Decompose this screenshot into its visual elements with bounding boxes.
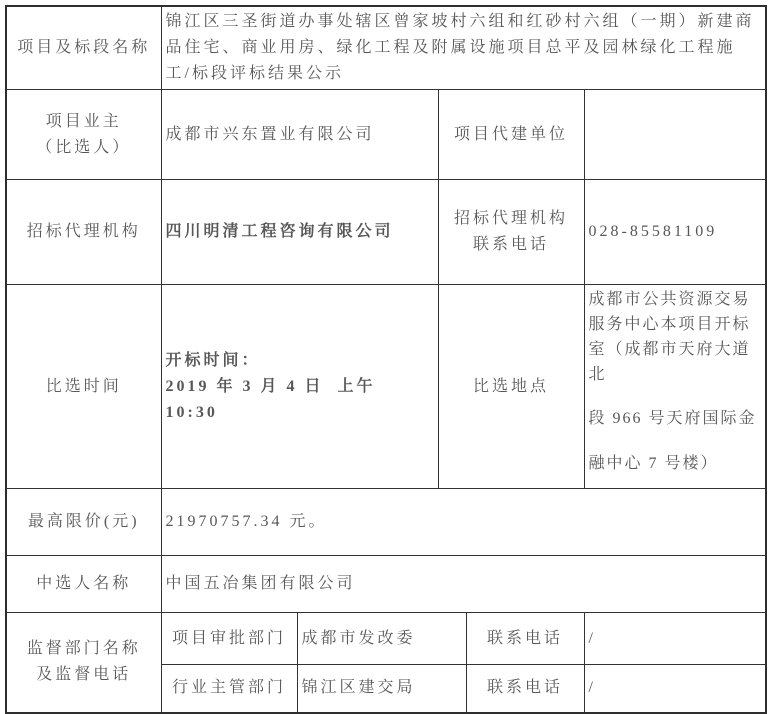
- owner-label: 项目业主 （比选人）: [6, 90, 161, 180]
- announcement-page: 项目及标段名称 锦江区三圣街道办事处辖区曾家坡村六组和红砂村六组（一期）新建商品…: [0, 0, 769, 696]
- approval-dept-value: 成都市发改委: [297, 613, 466, 665]
- agency-label: 招标代理机构: [6, 180, 161, 285]
- industry-phone-value: /: [584, 665, 766, 713]
- owner-value: 成都市兴东置业有限公司: [161, 90, 438, 180]
- bid-time-label: 比选时间: [6, 285, 161, 489]
- bid-location-line-2: 段 966 号天府国际金融中心 7 号楼）: [589, 396, 762, 486]
- bid-location-line-1: 成都市公共资源交易服务中心本项目开标室（成都市天府大道北: [589, 287, 762, 387]
- row-project-name: 项目及标段名称 锦江区三圣街道办事处辖区曾家坡村六组和红砂村六组（一期）新建商品…: [6, 6, 766, 90]
- max-price-label: 最高限价(元): [6, 489, 161, 556]
- agency-phone-value: 028-85581109: [584, 180, 766, 285]
- bid-result-table: 项目及标段名称 锦江区三圣街道办事处辖区曾家坡村六组和红砂村六组（一期）新建商品…: [5, 5, 767, 714]
- winner-value: 中国五冶集团有限公司: [161, 556, 766, 613]
- winner-label: 中选人名称: [6, 556, 161, 613]
- approval-phone-value: /: [584, 613, 766, 665]
- agent-build-unit-label: 项目代建单位: [438, 90, 584, 180]
- project-name-value: 锦江区三圣街道办事处辖区曾家坡村六组和红砂村六组（一期）新建商品住宅、商业用房、…: [161, 6, 766, 90]
- row-supervision-approval: 监督部门名称 及监督电话 项目审批部门 成都市发改委 联系电话 /: [6, 613, 766, 665]
- approval-dept-label: 项目审批部门: [161, 613, 297, 665]
- row-owner: 项目业主 （比选人） 成都市兴东置业有限公司 项目代建单位: [6, 90, 766, 180]
- agent-build-unit-value: [584, 90, 766, 180]
- industry-dept-label: 行业主管部门: [161, 665, 297, 713]
- approval-phone-label: 联系电话: [466, 613, 584, 665]
- supervision-label: 监督部门名称 及监督电话: [6, 613, 161, 713]
- row-bid-time: 比选时间 开标时间： 2019 年 3 月 4 日 上午 10:30 比选地点 …: [6, 285, 766, 489]
- bid-time-value: 开标时间： 2019 年 3 月 4 日 上午 10:30: [161, 285, 438, 489]
- industry-phone-label: 联系电话: [466, 665, 584, 713]
- project-name-label: 项目及标段名称: [6, 6, 161, 90]
- row-agency: 招标代理机构 四川明清工程咨询有限公司 招标代理机构 联系电话 028-8558…: [6, 180, 766, 285]
- agency-phone-label: 招标代理机构 联系电话: [438, 180, 584, 285]
- industry-dept-value: 锦江区建交局: [297, 665, 466, 713]
- bid-location-value: 成都市公共资源交易服务中心本项目开标室（成都市天府大道北 段 966 号天府国际…: [584, 285, 766, 489]
- bid-location-label: 比选地点: [438, 285, 584, 489]
- agency-value: 四川明清工程咨询有限公司: [161, 180, 438, 285]
- row-winner: 中选人名称 中国五冶集团有限公司: [6, 556, 766, 613]
- max-price-value: 21970757.34 元。: [161, 489, 766, 556]
- row-max-price: 最高限价(元) 21970757.34 元。: [6, 489, 766, 556]
